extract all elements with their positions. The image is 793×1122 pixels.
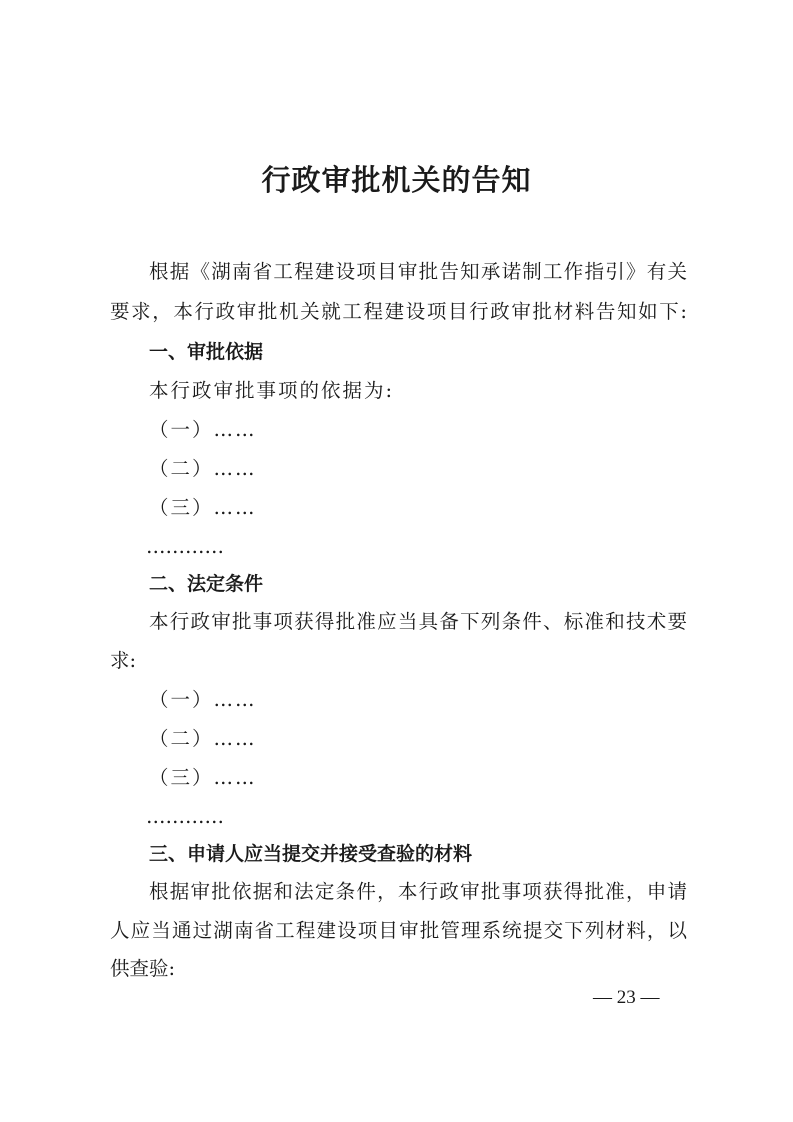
section-1-text: 本行政审批事项的依据为: <box>149 378 394 404</box>
section-1-item-3: （三）…… <box>149 495 257 521</box>
section-2-item-2: （二）…… <box>149 726 257 752</box>
page-number: — 23 — <box>593 987 660 1009</box>
section-2-ellipsis: ………… <box>146 804 224 830</box>
section-1-ellipsis: ………… <box>146 534 224 560</box>
section-2-item-3: （三）…… <box>149 765 257 791</box>
section-1-item-1: （一）…… <box>149 417 257 443</box>
section-2-heading: 二、法定条件 <box>149 571 263 597</box>
section-1-item-2: （二）…… <box>149 456 257 482</box>
section-1-heading: 一、审批依据 <box>149 339 263 365</box>
intro-line-1: 根据《湖南省工程建设项目审批告知承诺制工作指引》有关 <box>149 259 687 285</box>
intro-line-2: 要求，本行政审批机关就工程建设项目行政审批材料告知如下: <box>110 299 687 325</box>
section-3-text-line-1: 根据审批依据和法定条件，本行政审批事项获得批准，申请 <box>149 879 687 905</box>
page-title: 行政审批机关的告知 <box>0 158 793 199</box>
section-3-text-line-3: 供查验: <box>110 956 175 982</box>
section-2-item-1: （一）…… <box>149 687 257 713</box>
section-2-text-line-2: 求: <box>110 648 136 674</box>
section-3-text-line-2: 人应当通过湖南省工程建设项目审批管理系统提交下列材料，以 <box>110 918 687 944</box>
section-2-text-line-1: 本行政审批事项获得批准应当具备下列条件、标准和技术要 <box>149 609 687 635</box>
section-3-heading: 三、申请人应当提交并接受查验的材料 <box>149 841 472 867</box>
